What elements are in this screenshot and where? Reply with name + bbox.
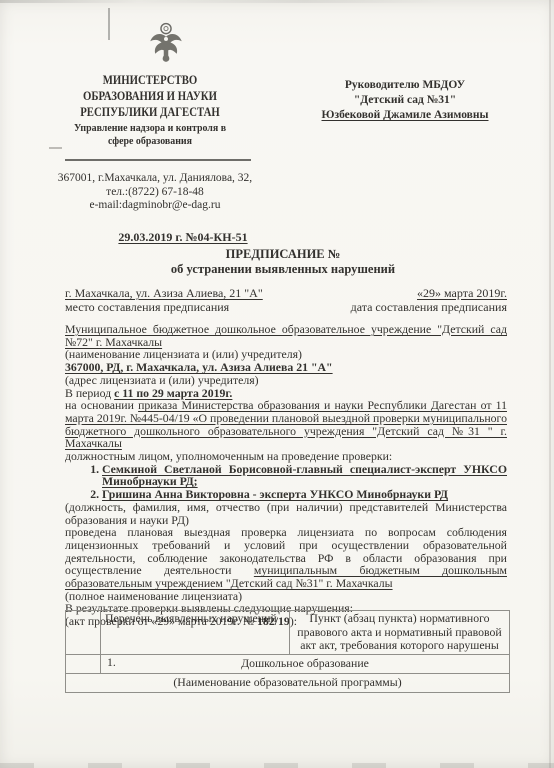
phone-line: тел.:(8722) 67-18-48 [35, 186, 275, 200]
ministry-letterhead: МИНИСТЕРСТВО ОБРАЗОВАНИЯ И НАУКИ РЕСПУБЛ… [30, 22, 270, 245]
official-item-1: Семкиной Светланой Борисовной-главный сп… [102, 463, 507, 488]
ministry-department: Управление надзора и контроля в сфере об… [42, 122, 258, 148]
inspection-paragraph: проведена плановая выездная проверка лиц… [65, 526, 507, 590]
ministry-name-line3: РЕСПУБЛИКИ ДАГЕСТАН [47, 104, 253, 120]
licensee-address-paragraph: 367000, РД, г. Махачкала, ул. Азиза Алие… [65, 361, 507, 374]
letterhead-divider [65, 159, 251, 161]
scanned-document-page: МИНИСТЕРСТВО ОБРАЗОВАНИЯ И НАУКИ РЕСПУБЛ… [0, 0, 554, 768]
official-1-name: Семкиной Светланой Борисовной-главный сп… [102, 462, 507, 489]
official-item-2: Гришина Анна Викторовна - эксперта УНКСО… [102, 488, 507, 501]
ministry-name-line2: ОБРАЗОВАНИЯ И НАУКИ [47, 88, 253, 104]
recipient-block: Руководителю МБДОУ "Детский сад №31" Юзб… [315, 78, 495, 123]
date-value: «29» марта 2019г. [417, 286, 507, 300]
ministry-name: МИНИСТЕРСТВО ОБРАЗОВАНИЯ И НАУКИ РЕСПУБЛ… [47, 72, 253, 120]
officials-label: (должность, фамилия, имя, отчество (при … [65, 501, 507, 526]
header-violations-cell: Перечень выявленных нарушений [101, 611, 290, 655]
meta-labels-row: место составления предписания дата соста… [65, 300, 507, 314]
date-label: дата составления предписания [351, 300, 507, 314]
title-line1: ПРЕДПИСАНИЕ № [6, 247, 554, 262]
basis-paragraph: на основании приказа Министерства образо… [65, 399, 507, 450]
ministry-address: 367001, г.Махачкала, ул. Даниялова, 32, … [35, 172, 275, 213]
title-line2: об устранении выявленных нарушений [6, 262, 554, 277]
program-cell: 1. Дошкольное образование [101, 654, 510, 673]
table-header-row: Перечень выявленных нарушений Пункт (абз… [66, 611, 510, 655]
place-label: место составления предписания [65, 300, 229, 314]
email-line: e-mail:dagminobr@e-dag.ru [35, 199, 275, 213]
scan-edge-right [549, 0, 551, 768]
recipient-line2: "Детский сад №31" [315, 93, 495, 108]
officials-list: Семкиной Светланой Борисовной-главный сп… [65, 463, 507, 501]
meta-block: г. Махачкала, ул. Азиза Алиева, 21 "А" «… [65, 286, 507, 314]
dagestan-emblem-icon [148, 22, 184, 64]
ministry-name-line1: МИНИСТЕРСТВО [47, 72, 253, 88]
place-value: г. Махачкала, ул. Азиза Алиева, 21 "А" [65, 286, 263, 300]
recipient-name: Юзбековой Джамиле Азимовны [315, 108, 495, 123]
licensee-address: 367000, РД, г. Махачкала, ул. Азиза Алие… [65, 360, 333, 374]
row-number: 1. [107, 656, 116, 670]
violations-table: Перечень выявленных нарушений Пункт (абз… [65, 610, 510, 693]
header-number-cell [66, 611, 101, 655]
recipient-line1: Руководителю МБДОУ [315, 78, 495, 93]
program-row-number-cell [66, 654, 101, 673]
department-line2: сфере образования [42, 135, 258, 148]
scan-edge-top [0, 0, 554, 3]
program-caption-cell: (Наименование образовательной программы) [66, 673, 510, 692]
program-name: Дошкольное образование [241, 656, 369, 670]
department-line1: Управление надзора и контроля в [42, 122, 258, 135]
licensee-name-paragraph: Муниципальное бюджетное дошкольное образ… [65, 323, 507, 348]
caption-row: (Наименование образовательной программы) [66, 673, 510, 692]
address-line: 367001, г.Махачкала, ул. Даниялова, 32, [35, 172, 275, 186]
program-row: 1. Дошкольное образование [66, 654, 510, 673]
document-title: ПРЕДПИСАНИЕ № об устранении выявленных н… [6, 247, 554, 277]
meta-values-row: г. Махачкала, ул. Азиза Алиева, 21 "А" «… [65, 286, 507, 300]
licensee-name: Муниципальное бюджетное дошкольное образ… [65, 322, 507, 349]
outgoing-number: 29.03.2019 г. №04-КН-51 [63, 230, 303, 245]
header-normative-cell: Пункт (абзац пункта) нормативного правов… [290, 611, 510, 655]
document-body: Муниципальное бюджетное дошкольное образ… [65, 323, 507, 628]
scan-edge-bottom [0, 763, 554, 768]
